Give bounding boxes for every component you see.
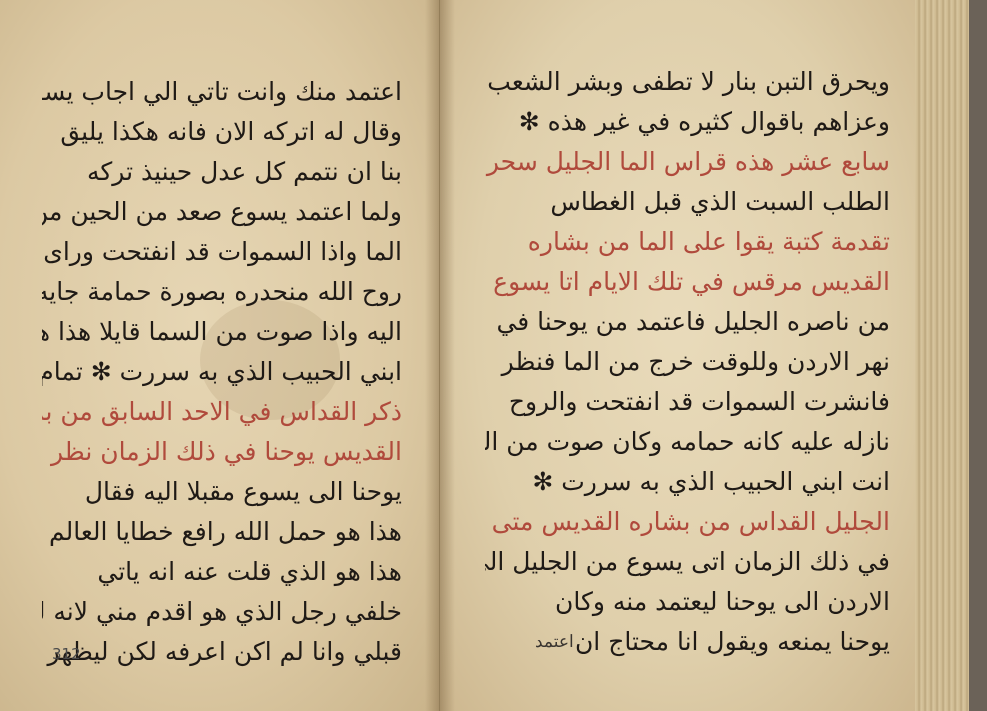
rubric-line: سابع عشر هذه قراس الما الجليل سحر xyxy=(485,142,890,182)
text-line: ويحرق التبن بنار لا تطفى وبشر الشعب xyxy=(485,62,890,102)
text-line: خلفي رجل الذي هو اقدم مني لانه لم يزل xyxy=(42,592,402,632)
background-shadow xyxy=(969,0,987,711)
left-page-text: اعتمد منك وانت تاتي الي اجاب يسوع وقال ل… xyxy=(42,72,402,672)
text-line: في ذلك الزمان اتى يسوع من الجليل الى xyxy=(485,542,890,582)
book-gutter xyxy=(425,0,455,711)
text-line: وعزاهم باقوال كثيره في غير هذه ✻ xyxy=(485,102,890,142)
rubric-line: القديس يوحنا في ذلك الزمان نظر xyxy=(42,432,402,472)
text-line: روح الله منحدره بصورة حمامة جايه xyxy=(42,272,402,312)
text-line: هذا هو الذي قلت عنه انه ياتي xyxy=(42,552,402,592)
text-line: من ناصره الجليل فاعتمد من يوحنا في xyxy=(485,302,890,342)
catchword: اعتمد xyxy=(535,632,574,652)
rubric-line: القديس مرقس في تلك الايام اتا يسوع xyxy=(485,262,890,302)
right-page: ويحرق التبن بنار لا تطفى وبشر الشعب وعزا… xyxy=(440,0,915,711)
text-line: قبلي وانا لم اكن اعرفه لكن ليظهر xyxy=(42,632,402,672)
text-line: فانشرت السموات قد انفتحت والروح xyxy=(485,382,890,422)
text-line: وقال له اتركه الان فانه هكذا يليق xyxy=(42,112,402,152)
rubric-line: تقدمة كتبة يقوا على الما من بشاره xyxy=(485,222,890,262)
text-line: نازله عليه كانه حمامه وكان صوت من السما xyxy=(485,422,890,462)
text-line: اليه واذا صوت من السما قايلا هذا هو xyxy=(42,312,402,352)
right-page-text: ويحرق التبن بنار لا تطفى وبشر الشعب وعزا… xyxy=(485,62,890,662)
rubric-line: الجليل القداس من بشاره القديس متى xyxy=(485,502,890,542)
left-page: اعتمد منك وانت تاتي الي اجاب يسوع وقال ل… xyxy=(0,0,440,711)
text-line: هذا هو حمل الله رافع خطايا العالم xyxy=(42,512,402,552)
rubric-line: ذكر القداس في الاحد السابق من بشاره xyxy=(42,392,402,432)
text-line: نهر الاردن وللوقت خرج من الما فنظر xyxy=(485,342,890,382)
text-line: انت ابني الحبيب الذي به سررت ✻ xyxy=(485,462,890,502)
text-line: الما واذا السموات قد انفتحت وراى xyxy=(42,232,402,272)
text-line: الاردن الى يوحنا ليعتمد منه وكان xyxy=(485,582,890,622)
manuscript-spread: اعتمد منك وانت تاتي الي اجاب يسوع وقال ل… xyxy=(0,0,987,711)
text-line: ابني الحبيب الذي به سررت ✻ تمام xyxy=(42,352,402,392)
text-line: يوحنا الى يسوع مقبلا اليه فقال xyxy=(42,472,402,512)
text-line: اعتمد منك وانت تاتي الي اجاب يسوع xyxy=(42,72,402,112)
text-line: ولما اعتمد يسوع صعد من الحين من xyxy=(42,192,402,232)
text-line: الطلب السبت الذي قبل الغطاس xyxy=(485,182,890,222)
text-line: بنا ان نتمم كل عدل حينيذ تركه xyxy=(42,152,402,192)
folio-number: 312 xyxy=(52,645,81,663)
